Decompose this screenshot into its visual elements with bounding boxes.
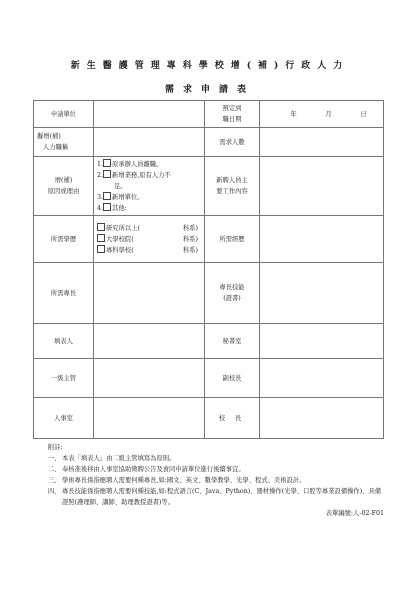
form-title: 新生醫護管理專科學校增(補)行政人力 (0, 58, 420, 71)
personnel-signature[interactable] (94, 398, 205, 439)
label-start-date: 預定到 職日期 (205, 101, 260, 128)
secretariat-signature[interactable] (260, 324, 384, 359)
year-label: 年 (290, 109, 296, 120)
label-skills-cert: 專長技能 (證書) (205, 263, 260, 324)
experience-field[interactable] (260, 216, 384, 263)
president-signature[interactable] (260, 398, 384, 439)
supervisor-signature[interactable] (94, 359, 205, 398)
skills-cert-field[interactable] (260, 263, 384, 324)
checkbox[interactable] (97, 245, 105, 253)
note-item: 二、奉核准後移由人事室協助徵聘公告及會同申請單位進行後續事宜。 (48, 464, 384, 475)
label-filled-by: 填表人 (34, 324, 94, 359)
label-expertise: 所需專長 (34, 263, 94, 324)
note-item: 三、學術專長係指應聘人需要何種專長,如:國文、英文、數學教學、光學、程式、美術設… (48, 475, 384, 486)
label-position-title: 擬增(補) 人力職稱 (34, 128, 94, 157)
job-content-field[interactable] (260, 157, 384, 216)
month-label: 月 (325, 109, 331, 120)
position-title-field[interactable] (94, 128, 205, 157)
checkbox[interactable] (103, 203, 111, 211)
checkbox[interactable] (103, 159, 111, 167)
label-job-content: 新聘人員主 要工作內容 (205, 157, 260, 216)
table-row: 人事室 校 長 (34, 398, 384, 439)
reason-option-1[interactable]: 1.原承辦人員離職。 (97, 159, 202, 170)
checkbox[interactable] (97, 223, 105, 231)
application-form-table: 申請單位 預定到 職日期 年 月 日 擬增(補) 人力職稱 需求人數 增(補) … (33, 100, 384, 439)
label-reason: 增(補) 原因或理由 (34, 157, 94, 216)
vice-president-signature[interactable] (260, 359, 384, 398)
checkbox[interactable] (103, 192, 111, 200)
reason-options: 1.原承辦人員離職。 2.新增業務,原有人力不 足。 3.新增單位。 4.其他: (94, 157, 205, 216)
form-code: 表單編號:人-02-F01 (326, 508, 384, 519)
note-item: 一、本表「填表人」由二級主管填寫為原則。 (48, 453, 384, 464)
education-option-college[interactable]: 專科學校(科系) (97, 245, 202, 256)
label-vice-president: 副校長 (205, 359, 260, 398)
table-row: 擬增(補) 人力職稱 需求人數 (34, 128, 384, 157)
education-option-university[interactable]: 大學校院(科系) (97, 234, 202, 245)
notes-section: 附註: 一、本表「填表人」由二級主管填寫為原則。 二、奉核准後移由人事室協助徵聘… (48, 442, 384, 519)
reason-option-2[interactable]: 2.新增業務,原有人力不 (97, 170, 202, 181)
form-subtitle: 需求申請表 (0, 82, 420, 95)
label-secretariat: 秘書室 (205, 324, 260, 359)
table-row: 所需專長 專長技能 (證書) (34, 263, 384, 324)
expertise-field[interactable] (94, 263, 205, 324)
label-personnel-office: 人事室 (34, 398, 94, 439)
reason-option-4[interactable]: 4.其他: (97, 203, 202, 214)
table-row: 一級主管 副校長 (34, 359, 384, 398)
education-option-graduate[interactable]: 研究所以上(科系) (97, 223, 202, 234)
label-applicant-unit: 申請單位 (34, 101, 94, 128)
education-options: 研究所以上(科系) 大學校院(科系) 專科學校(科系) (94, 216, 205, 263)
notes-heading: 附註: (48, 442, 384, 453)
reason-option-3[interactable]: 3.新增單位。 (97, 192, 202, 203)
label-education: 所需學歷 (34, 216, 94, 263)
headcount-field[interactable] (260, 128, 384, 157)
checkbox[interactable] (103, 170, 111, 178)
table-row: 申請單位 預定到 職日期 年 月 日 (34, 101, 384, 128)
label-headcount: 需求人數 (205, 128, 260, 157)
table-row: 增(補) 原因或理由 1.原承辦人員離職。 2.新增業務,原有人力不 足。 3.… (34, 157, 384, 216)
day-label: 日 (360, 109, 366, 120)
table-row: 填表人 秘書室 (34, 324, 384, 359)
filled-by-signature[interactable] (94, 324, 205, 359)
table-row: 所需學歷 研究所以上(科系) 大學校院(科系) 專科學校(科系) 所需經歷 (34, 216, 384, 263)
label-president: 校 長 (205, 398, 260, 439)
label-first-level-supervisor: 一級主管 (34, 359, 94, 398)
note-item: 四、專長技能係指應聘人需要何種技能,如:程式語言(C、Java、Python)、… (48, 486, 384, 508)
checkbox[interactable] (97, 234, 105, 242)
label-experience: 所需經歷 (205, 216, 260, 263)
applicant-unit-field[interactable] (94, 101, 205, 128)
start-date-field[interactable]: 年 月 日 (260, 101, 384, 128)
